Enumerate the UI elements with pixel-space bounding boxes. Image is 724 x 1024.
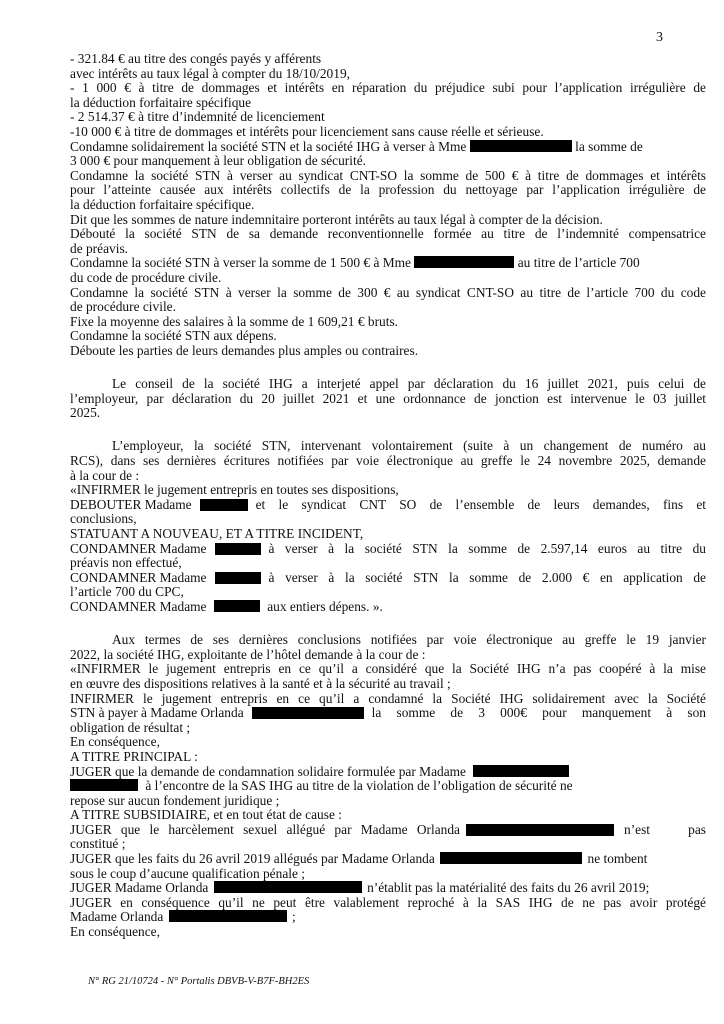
text-line: CONDAMNER Madame aux entiers dépens. ». [70,600,706,615]
text-line: -10 000 € à titre de dommages et intérêt… [70,125,706,140]
text-line: L’employeur, la société STN, intervenant… [70,439,706,454]
text-line: repose sur aucun fondement juridique ; [70,794,706,809]
text-segment: CONDAMNER Madame [70,542,207,557]
text-line: Condamne la société STN à verser au synd… [70,169,706,184]
text-line: - 1 000 € à titre de dommages et intérêt… [70,81,706,96]
text-segment: DEBOUTER Madame [70,498,192,513]
text-line: avec intérêts au taux légal à compter du… [70,67,706,82]
text-segment: à verser à la société STN la somme de 2.… [269,542,707,557]
text-line: «INFIRMER le jugement entrepris en ce qu… [70,662,706,677]
text-segment: Madame Orlanda [70,909,163,924]
text-line: de procédure civile. [70,300,706,315]
text-line: préavis non effectué, [70,556,706,571]
text-line: STATUANT A NOUVEAU, ET A TITRE INCIDENT, [70,527,706,542]
text-segment: CONDAMNER Madame [70,571,207,586]
text-line: à l’encontre de la SAS IHG au titre de l… [70,779,706,794]
text-line: Aux termes de ses dernières conclusions … [70,633,706,648]
text-segment: CONDAMNER Madame [70,599,207,614]
text-line: JUGER que les faits du 26 avril 2019 all… [70,852,706,867]
text-segment: JUGER que les faits du 26 avril 2019 all… [70,851,435,866]
text-line: constitué ; [70,837,706,852]
text-line: l’article 700 du CPC, [70,585,706,600]
text-line: CONDAMNER Madame à verser à la société S… [70,571,706,586]
text-line: «INFIRMER le jugement entrepris en toute… [70,483,706,498]
redaction-block [414,256,514,268]
text-line: sous le coup d’aucune qualification péna… [70,867,706,882]
text-line: En conséquence, [70,735,706,750]
text-segment: JUGER que le harcèlement sexuel allégué … [70,823,460,838]
text-line: obligation de résultat ; [70,721,706,736]
text-line: 2022, la société IHG, exploitante de l’h… [70,648,706,663]
text-line: RCS), dans ses dernières écritures notif… [70,454,706,469]
text-line: la déduction forfaitaire spécifique. [70,198,706,213]
redaction-block [440,852,582,864]
page-footer-reference: N° RG 21/10724 - N° Portalis DBVB-V-B7F-… [88,976,309,987]
redaction-block [214,881,362,893]
text-line: pour l’atteinte causée aux intérêts coll… [70,183,706,198]
text-line: En conséquence, [70,925,706,940]
redaction-block [70,779,138,791]
text-line: - 2 514.37 € à titre d’indemnité de lice… [70,110,706,125]
text-line: Débouté la société STN de sa demande rec… [70,227,706,242]
text-segment: n’est pas [624,823,706,838]
text-segment: JUGER Madame Orlanda [70,880,208,895]
text-segment: la somme de [575,139,643,154]
text-line: A TITRE SUBSIDIAIRE, et en tout état de … [70,808,706,823]
redaction-block [473,765,569,777]
redaction-block [214,600,260,612]
text-line: A TITRE PRINCIPAL : [70,750,706,765]
text-line: Déboute les parties de leurs demandes pl… [70,344,706,359]
text-segment: STN à payer à Madame Orlanda [70,706,244,721]
page-number: 3 [656,30,663,46]
text-line: CONDAMNER Madame à verser à la société S… [70,542,706,557]
text-line: Madame Orlanda ; [70,910,706,925]
text-line: Dit que les sommes de nature indemnitair… [70,213,706,228]
text-line: conclusions, [70,512,706,527]
text-segment: aux entiers dépens. ». [267,599,383,614]
redaction-block [466,824,614,836]
text-line: de préavis. [70,242,706,257]
text-segment: n’établit pas la matérialité des faits d… [367,880,649,895]
redaction-block [169,910,287,922]
text-segment: Condamne solidairement la société STN et… [70,139,466,154]
text-line: la déduction forfaitaire spécifique [70,96,706,111]
text-line: Fixe la moyenne des salaires à la somme … [70,315,706,330]
text-segment: Condamne la société STN à verser la somm… [70,255,411,270]
text-line: l’employeur, par déclaration du 20 juill… [70,392,706,407]
text-line: 3 000 € pour manquement à leur obligatio… [70,154,706,169]
text-segment: à verser à la société STN la somme de 2.… [269,571,707,586]
text-segment: ; [292,909,296,924]
text-segment: la somme de 3 000€ pour manquement à son [372,706,706,721]
text-line: JUGER Madame Orlanda n’établit pas la ma… [70,881,706,896]
document-body: - 321.84 € au titre des congés payés y a… [70,52,706,940]
text-line: - 321.84 € au titre des congés payés y a… [70,52,706,67]
text-line: Condamne la société STN à verser la somm… [70,256,706,271]
text-line: 2025. [70,406,706,421]
redaction-block [215,572,261,584]
text-line: du code de procédure civile. [70,271,706,286]
text-line: JUGER que le harcèlement sexuel allégué … [70,823,706,838]
text-line: DEBOUTER Madame et le syndicat CNT SO de… [70,498,706,513]
text-line: en œuvre des dispositions relatives à la… [70,677,706,692]
text-line: à la cour de : [70,469,706,484]
redaction-block [252,707,364,719]
redaction-block [215,543,261,555]
text-line: JUGER en conséquence qu’il ne peut être … [70,896,706,911]
text-line: INFIRMER le jugement entrepris en ce qu’… [70,692,706,707]
text-line: Condamne la société STN aux dépens. [70,329,706,344]
text-line: Le conseil de la société IHG a interjeté… [70,377,706,392]
redaction-block [200,499,248,511]
text-segment: JUGER que la demande de condamnation sol… [70,764,466,779]
text-line: Condamne la société STN à verser la somm… [70,286,706,301]
text-segment: au titre de l’article 700 [518,255,640,270]
text-line: JUGER que la demande de condamnation sol… [70,765,706,780]
text-segment: et le syndicat CNT SO de l’ensemble de l… [256,498,706,513]
text-line: Condamne solidairement la société STN et… [70,140,706,155]
text-line: STN à payer à Madame Orlanda la somme de… [70,706,706,721]
text-segment: ne tombent [588,851,648,866]
text-segment: à l’encontre de la SAS IHG au titre de l… [145,778,572,793]
redaction-block [470,140,572,152]
